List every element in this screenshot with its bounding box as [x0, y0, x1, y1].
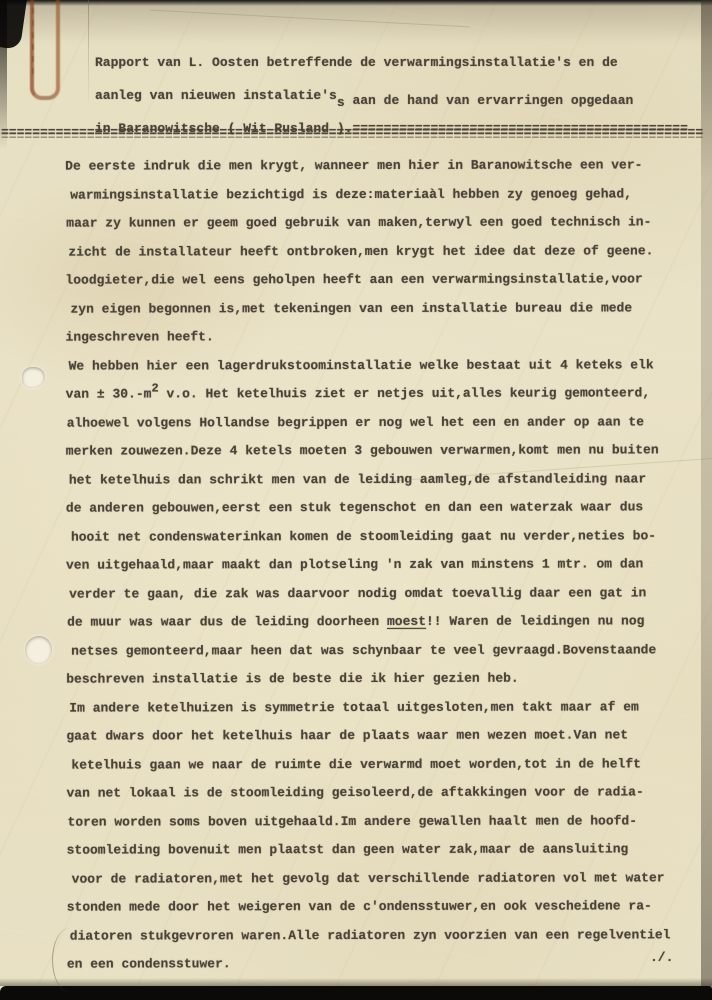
- text-segment: loodgieter,die wel eens geholpen heeft a…: [65, 271, 642, 287]
- separator-rule: ========================================…: [1, 125, 711, 140]
- text-segment: hooit net condenswaterinkan komen de sto…: [71, 528, 656, 544]
- text-line: het ketelhuis dan schrikt men van de lei…: [69, 465, 670, 495]
- text-line: stonden mede door het weigeren van de c'…: [67, 892, 668, 922]
- text-segment: diatoren stukgevroren waren.Alle radiato…: [70, 927, 671, 943]
- text-line: zicht de installateur heeft ontbroken,me…: [68, 237, 669, 267]
- text-segment: van net lokaal is de stoomleiding geisol…: [66, 784, 643, 800]
- text-segment: zyn eigen begonnen is,met tekeningen van…: [70, 300, 632, 316]
- text-segment: moest: [387, 614, 426, 629]
- text-segment: zicht de installateur heeft ontbroken,me…: [68, 243, 653, 259]
- text-segment: s: [337, 95, 345, 110]
- text-line: voor de radiatoren,met het gevolg dat ve…: [72, 864, 673, 894]
- text-line: netses gemonteerd,maar heen dat was schy…: [71, 636, 672, 666]
- text-segment: We hebben hier een lagerdrukstoominstall…: [69, 357, 654, 373]
- text-segment: Rapport van L. Oosten betreffende de ver…: [95, 55, 618, 70]
- text-segment: de muur was waar dus de leiding doorheen: [67, 614, 387, 630]
- text-line: ingeschreven heeft.: [65, 322, 666, 352]
- document-body: De eerste indruk die men krygt, wanneer …: [65, 151, 667, 979]
- text-line: warmingsinstallatie bezichtigd is deze:m…: [70, 180, 671, 210]
- text-segment: aanleg van nieuwen instalatie's: [95, 88, 337, 103]
- text-line: De eerste indruk die men krygt, wanneer …: [65, 151, 666, 181]
- text-line: de anderen gebouwen,eerst een stuk tegen…: [66, 493, 667, 523]
- text-segment: stonden mede door het weigeren van de c'…: [67, 898, 652, 914]
- text-line: beschreven installatie is de beste die i…: [66, 664, 667, 694]
- text-segment: Im andere ketelhuizen is symmetrie totaa…: [69, 699, 639, 715]
- text-line: toren worden soms boven uitgehaald.Im an…: [68, 807, 669, 837]
- text-segment: beschreven installatie is de beste die i…: [66, 671, 519, 687]
- text-segment: merken zouwezen.Deze 4 ketels moeten 3 g…: [66, 442, 659, 458]
- bottom-dark-band: [0, 986, 712, 1000]
- text-segment: voor de radiatoren,met het gevolg dat ve…: [72, 870, 665, 886]
- text-segment: van ± 30.-m: [66, 386, 152, 401]
- text-line: en een condensstuwer.: [67, 949, 668, 979]
- rusty-paperclip-stain: [30, 0, 60, 100]
- top-shadow-edge: [0, 0, 712, 6]
- text-segment: alhoewel volgens Hollandse begrippen er …: [67, 414, 644, 430]
- punch-hole-bottom: [25, 636, 52, 664]
- text-line: merken zouwezen.Deze 4 ketels moeten 3 g…: [66, 436, 667, 466]
- text-line: We hebben hier een lagerdrukstoominstall…: [69, 351, 670, 381]
- text-line: diatoren stukgevroren waren.Alle radiato…: [70, 921, 671, 951]
- text-line: ketelhuis gaan we naar de ruimte die ver…: [71, 750, 672, 780]
- text-line: maar zy kunnen er geem goed gebruik van …: [66, 208, 667, 238]
- text-segment: ketelhuis gaan we naar de ruimte die ver…: [71, 756, 641, 772]
- text-line: verder te gaan, die zak was daarvoor nod…: [69, 579, 670, 609]
- text-segment: !! Waren de leidingen nu nog: [426, 613, 644, 628]
- text-line: hooit net condenswaterinkan komen de sto…: [71, 522, 672, 552]
- text-line: Rapport van L. Oosten betreffende de ver…: [95, 46, 688, 79]
- text-segment: warmingsinstallatie bezichtigd is deze:m…: [70, 186, 632, 202]
- text-segment: het ketelhuis dan schrikt men van de lei…: [69, 471, 646, 487]
- text-segment: ingeschreven heeft.: [66, 329, 214, 344]
- text-line: gaat dwars door het ketelhuis haar de pl…: [66, 721, 667, 751]
- text-segment: maar zy kunnen er geem goed gebruik van …: [66, 214, 651, 230]
- text-segment: toren worden soms boven uitgehaald.Im an…: [68, 813, 638, 829]
- text-segment: stoomleiding bovenuit men plaatst dan ge…: [67, 841, 629, 857]
- text-line: zyn eigen begonnen is,met tekeningen van…: [70, 294, 671, 324]
- text-line: Im andere ketelhuizen is symmetrie totaa…: [69, 693, 670, 723]
- text-line: aanleg van nieuwen instalatie'ss aan de …: [95, 79, 688, 112]
- text-segment: verder te gaan, die zak was daarvoor nod…: [69, 585, 646, 601]
- text-line: de muur was waar dus de leiding doorheen…: [67, 607, 668, 637]
- right-shadow-edge: [701, 0, 712, 1000]
- photographed-document: Rapport van L. Oosten betreffende de ver…: [0, 0, 712, 1000]
- text-line: van net lokaal is de stoomleiding geisol…: [66, 778, 667, 808]
- text-segment: netses gemonteerd,maar heen dat was schy…: [71, 642, 656, 658]
- text-line: stoomleiding bovenuit men plaatst dan ge…: [67, 835, 668, 865]
- text-segment: De eerste indruk die men krygt, wanneer …: [65, 157, 642, 173]
- text-line: alhoewel volgens Hollandse begrippen er …: [67, 408, 668, 438]
- page-continuation-mark: ./.: [650, 950, 673, 965]
- text-segment: aan de hand van ervarringen opgedaan: [345, 84, 634, 117]
- text-line: loodgieter,die wel eens geholpen heeft a…: [65, 265, 666, 295]
- text-segment: de anderen gebouwen,eerst een stuk tegen…: [66, 499, 643, 515]
- text-segment: gaat dwars door het ketelhuis haar de pl…: [66, 727, 628, 743]
- text-segment: ven uitgehaald,maar maakt dan plotseling…: [66, 556, 643, 572]
- text-line: van ± 30.-m2 v.o. Het ketelhuis ziet er …: [66, 379, 667, 409]
- text-segment: 2: [151, 381, 158, 395]
- text-line: ven uitgehaald,maar maakt dan plotseling…: [66, 550, 667, 580]
- text-segment: v.o. Het ketelhuis ziet er netjes uit,al…: [159, 385, 651, 401]
- vertical-crease: [88, 0, 89, 108]
- text-segment: en een condensstuwer.: [67, 956, 231, 971]
